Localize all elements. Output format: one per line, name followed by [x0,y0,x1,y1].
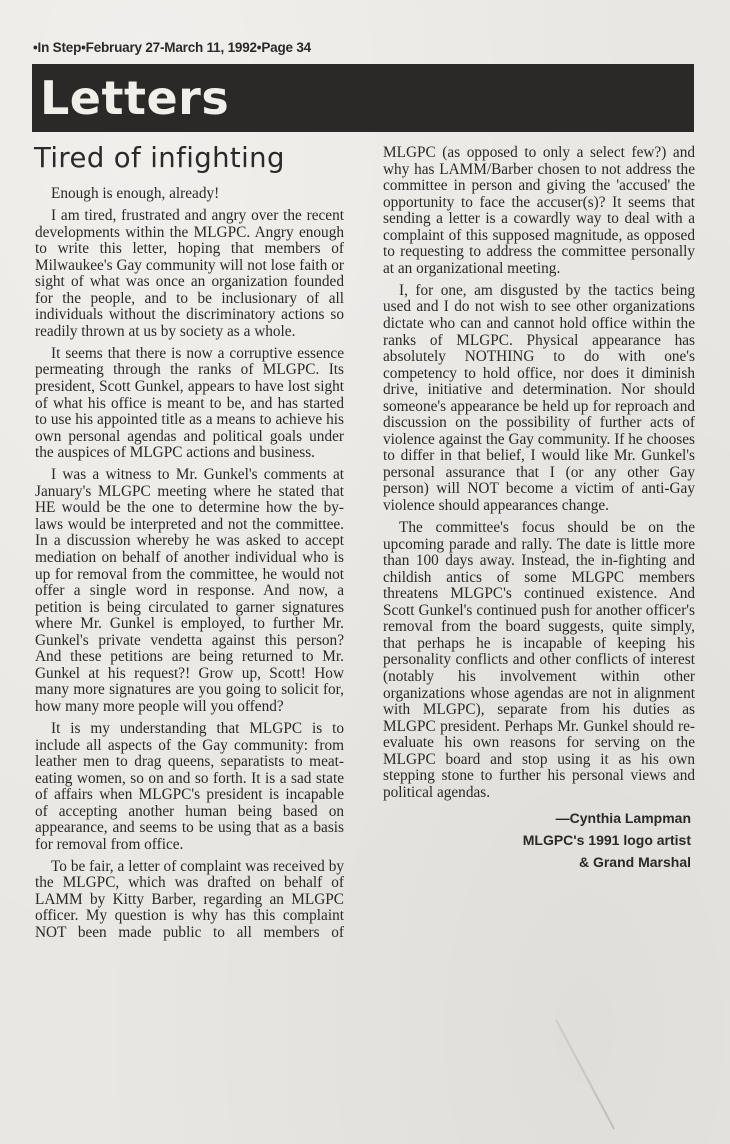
section-banner: Letters [32,64,694,132]
right-column: MLGPC (as opposed to only a select few?)… [383,145,695,873]
signature-block: —Cynthia Lampman MLGPC's 1991 logo artis… [383,807,695,873]
paragraph: I was a witness to Mr. Gunkel's comments… [35,467,344,715]
paragraph: To be fair, a letter of complaint was re… [35,859,344,942]
signature-name: —Cynthia Lampman [383,807,691,829]
paragraph: The committee's focus should be on the u… [383,520,695,801]
paragraph: It seems that there is now a corruptive … [35,346,344,462]
running-head: •In Step•February 27-March 11, 1992•Page… [33,40,311,55]
left-column: Enough is enough, already! I am tired, f… [35,186,344,947]
paragraph: I am tired, frustrated and angry over th… [35,208,344,340]
paragraph: Enough is enough, already! [35,186,344,203]
paragraph-continued: MLGPC (as opposed to only a select few?)… [383,145,695,277]
signature-title: MLGPC's 1991 logo artist [383,829,691,851]
paragraph: It is my understanding that MLGPC is to … [35,721,344,853]
paper-crease [555,1019,615,1129]
letter-headline: Tired of infighting [34,142,285,174]
signature-title: & Grand Marshal [383,851,691,873]
section-title: Letters [40,68,229,128]
paragraph: I, for one, am disgusted by the tactics … [383,283,695,515]
